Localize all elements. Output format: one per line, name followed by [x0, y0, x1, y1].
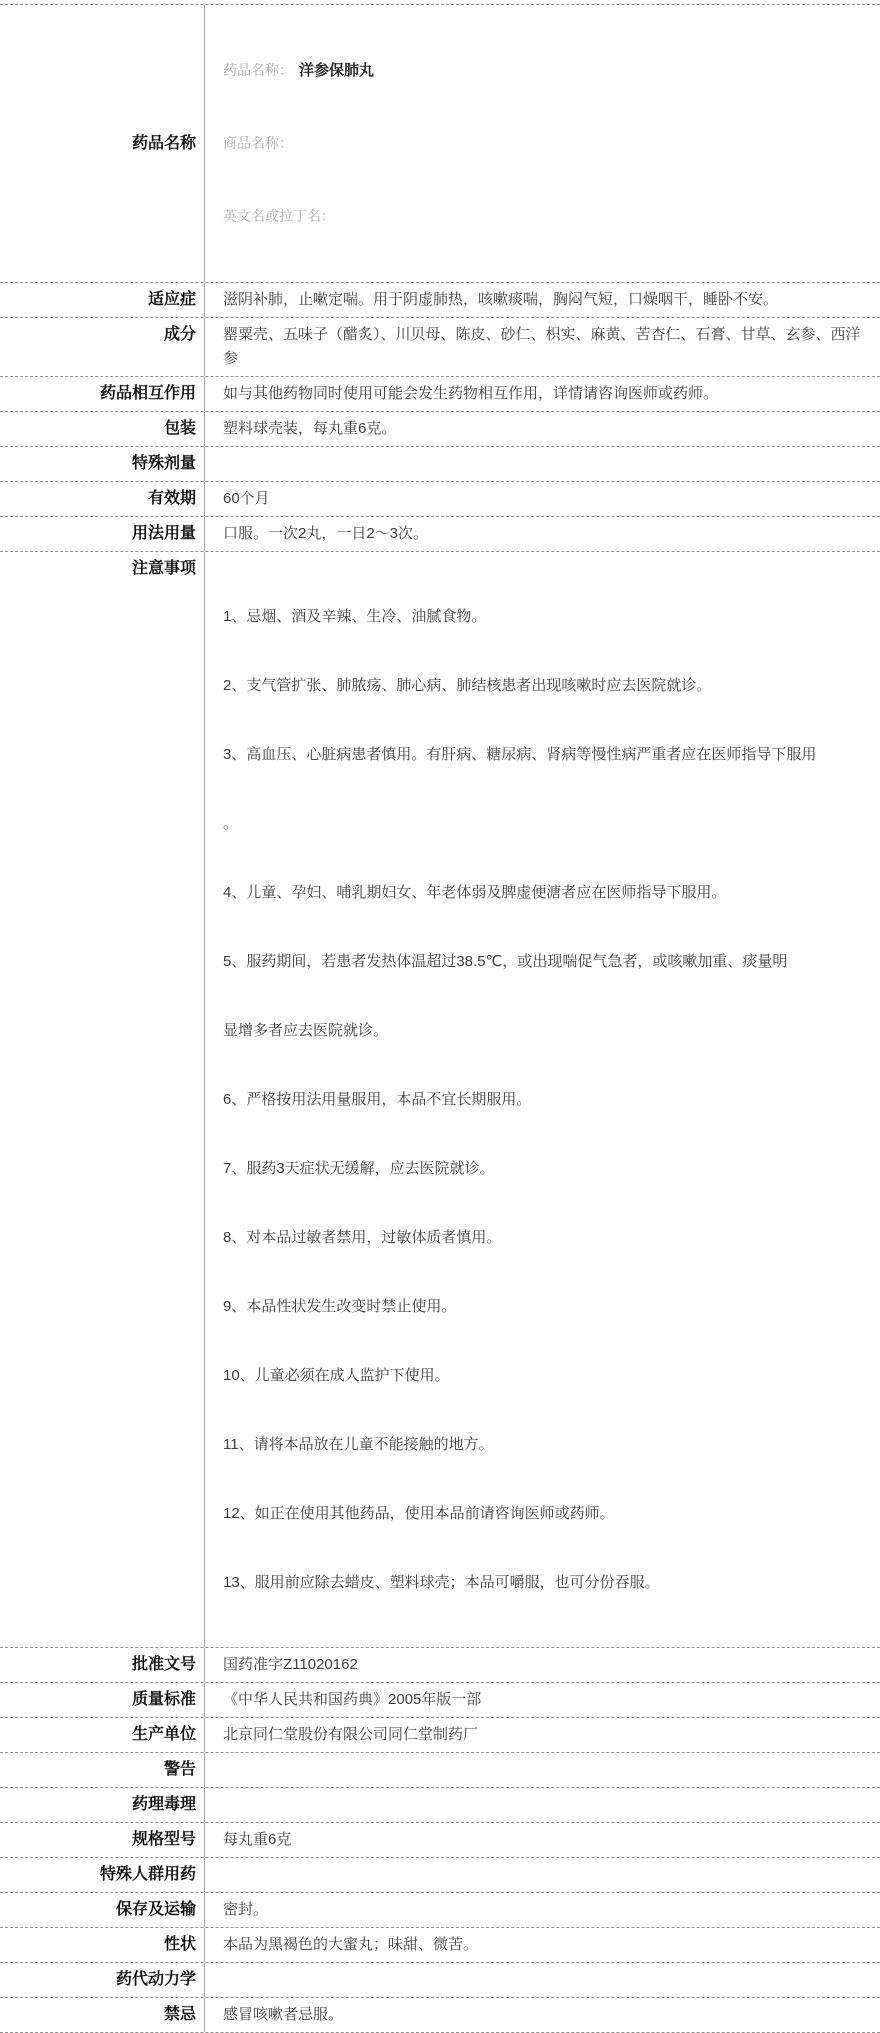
- row-specification: 规格型号 每丸重6克: [0, 1823, 880, 1858]
- row-value: 口服。一次2丸，一日2～3次。: [205, 517, 880, 551]
- row-approval-number: 批准文号 国药准字Z11020162: [0, 1648, 880, 1683]
- precaution-line: 3、高血压、心脏病患者慎用。有肝病、糖尿病、肾病等慢性病严重者应在医师指导下服用: [223, 744, 872, 765]
- row-drug-interactions: 药品相互作用 如与其他药物同时使用可能会发生药物相互作用，详情请咨询医师或药师。: [0, 377, 880, 412]
- row-ingredients: 成分 罂粟壳、五味子（醋炙）、川贝母、陈皮、砂仁、枳实、麻黄、苦杏仁、石膏、甘草…: [0, 318, 880, 377]
- row-pharmacokinetics: 药代动力学: [0, 1963, 880, 1998]
- row-label: 适应症: [0, 283, 205, 317]
- row-value: [205, 1753, 880, 1787]
- precaution-line: 10、儿童必须在成人监护下使用。: [223, 1365, 872, 1386]
- row-shelf-life: 有效期 60个月: [0, 482, 880, 517]
- english-name-line: 英文名或拉丁名：: [223, 204, 872, 229]
- row-label: 禁忌: [0, 1998, 205, 2032]
- row-special-populations: 特殊人群用药: [0, 1858, 880, 1893]
- row-value: 密封。: [205, 1893, 880, 1927]
- trade-name-sublabel: 商品名称：: [223, 135, 293, 151]
- precaution-line: 7、服药3天症状无缓解，应去医院就诊。: [223, 1158, 872, 1179]
- row-label: 质量标准: [0, 1683, 205, 1717]
- row-value: 感冒咳嗽者忌服。: [205, 1998, 880, 2032]
- precaution-line: 11、请将本品放在儿童不能接触的地方。: [223, 1434, 872, 1455]
- precaution-line: 6、严格按用法用量服用，本品不宜长期服用。: [223, 1089, 872, 1110]
- row-value: 60个月: [205, 482, 880, 516]
- row-label: 特殊人群用药: [0, 1858, 205, 1892]
- row-label: 注意事项: [0, 552, 205, 1647]
- row-label: 药品相互作用: [0, 377, 205, 411]
- row-label: 用法用量: [0, 517, 205, 551]
- row-pharmacology-toxicology: 药理毒理: [0, 1788, 880, 1823]
- row-label: 警告: [0, 1753, 205, 1787]
- row-special-dosage: 特殊剂量: [0, 447, 880, 482]
- row-label: 保存及运输: [0, 1893, 205, 1927]
- row-storage-transport: 保存及运输 密封。: [0, 1893, 880, 1928]
- row-value: 1、忌烟、酒及辛辣、生冷、油腻食物。 2、支气管扩张、肺脓疡、肺心病、肺结核患者…: [205, 552, 880, 1647]
- row-label: 性状: [0, 1928, 205, 1962]
- row-label: 批准文号: [0, 1648, 205, 1682]
- drug-info-table: 药品名称 药品名称：洋参保肺丸 商品名称： 英文名或拉丁名： 适应症 滋阴补肺，…: [0, 4, 880, 2033]
- precaution-line: 显增多者应去医院就诊。: [223, 1020, 872, 1041]
- row-manufacturer: 生产单位 北京同仁堂股份有限公司同仁堂制药厂: [0, 1718, 880, 1753]
- row-label: 药品名称: [0, 5, 205, 282]
- row-value: 滋阴补肺，止嗽定喘。用于阴虚肺热，咳嗽痰喘，胸闷气短，口燥咽干，睡卧不安。: [205, 283, 880, 317]
- row-label: 药代动力学: [0, 1963, 205, 1997]
- row-value: [205, 1788, 880, 1822]
- row-packaging: 包装 塑料球壳装，每丸重6克。: [0, 412, 880, 447]
- drug-name-line: 药品名称：洋参保肺丸: [223, 58, 872, 83]
- row-label: 包装: [0, 412, 205, 446]
- row-label: 药理毒理: [0, 1788, 205, 1822]
- precaution-line: 13、服用前应除去蜡皮、塑料球壳；本品可嚼服，也可分份吞服。: [223, 1572, 872, 1593]
- row-value: [205, 1858, 880, 1892]
- row-quality-standard: 质量标准 《中华人民共和国药典》2005年版一部: [0, 1683, 880, 1718]
- drug-name-value: 洋参保肺丸: [299, 62, 374, 79]
- precaution-line: 12、如正在使用其他药品，使用本品前请咨询医师或药师。: [223, 1503, 872, 1524]
- row-value: 国药准字Z11020162: [205, 1648, 880, 1682]
- drug-name-sublabel: 药品名称：: [223, 62, 293, 78]
- row-value: 每丸重6克: [205, 1823, 880, 1857]
- row-value: 如与其他药物同时使用可能会发生药物相互作用，详情请咨询医师或药师。: [205, 377, 880, 411]
- row-label: 有效期: [0, 482, 205, 516]
- english-name-sublabel: 英文名或拉丁名：: [223, 208, 335, 224]
- row-description: 性状 本品为黑褐色的大蜜丸；味甜、微苦。: [0, 1928, 880, 1963]
- trade-name-line: 商品名称：: [223, 131, 872, 156]
- row-drug-name: 药品名称 药品名称：洋参保肺丸 商品名称： 英文名或拉丁名：: [0, 5, 880, 283]
- precaution-line: 。: [223, 813, 872, 834]
- precaution-line: 5、服药期间，若患者发热体温超过38.5℃，或出现喘促气急者，或咳嗽加重、痰量明: [223, 951, 872, 972]
- precaution-line: 1、忌烟、酒及辛辣、生冷、油腻食物。: [223, 606, 872, 627]
- row-label: 生产单位: [0, 1718, 205, 1752]
- row-value: 塑料球壳装，每丸重6克。: [205, 412, 880, 446]
- row-value: 《中华人民共和国药典》2005年版一部: [205, 1683, 880, 1717]
- row-dosage-usage: 用法用量 口服。一次2丸，一日2～3次。: [0, 517, 880, 552]
- row-warning: 警告: [0, 1753, 880, 1788]
- row-value: 药品名称：洋参保肺丸 商品名称： 英文名或拉丁名：: [205, 5, 880, 282]
- precaution-line: 4、儿童、孕妇、哺乳期妇女、年老体弱及脾虚便溏者应在医师指导下服用。: [223, 882, 872, 903]
- row-contraindications: 禁忌 感冒咳嗽者忌服。: [0, 1998, 880, 2033]
- row-indications: 适应症 滋阴补肺，止嗽定喘。用于阴虚肺热，咳嗽痰喘，胸闷气短，口燥咽干，睡卧不安…: [0, 283, 880, 318]
- row-label: 规格型号: [0, 1823, 205, 1857]
- precaution-line: 8、对本品过敏者禁用，过敏体质者慎用。: [223, 1227, 872, 1248]
- row-label: 特殊剂量: [0, 447, 205, 481]
- precaution-line: 2、支气管扩张、肺脓疡、肺心病、肺结核患者出现咳嗽时应去医院就诊。: [223, 675, 872, 696]
- row-label: 成分: [0, 318, 205, 376]
- row-value: 罂粟壳、五味子（醋炙）、川贝母、陈皮、砂仁、枳实、麻黄、苦杏仁、石膏、甘草、玄参…: [205, 318, 880, 376]
- row-value: [205, 1963, 880, 1997]
- precaution-line: 9、本品性状发生改变时禁止使用。: [223, 1296, 872, 1317]
- row-value: 北京同仁堂股份有限公司同仁堂制药厂: [205, 1718, 880, 1752]
- row-value: 本品为黑褐色的大蜜丸；味甜、微苦。: [205, 1928, 880, 1962]
- row-value: [205, 447, 880, 481]
- row-precautions: 注意事项 1、忌烟、酒及辛辣、生冷、油腻食物。 2、支气管扩张、肺脓疡、肺心病、…: [0, 552, 880, 1648]
